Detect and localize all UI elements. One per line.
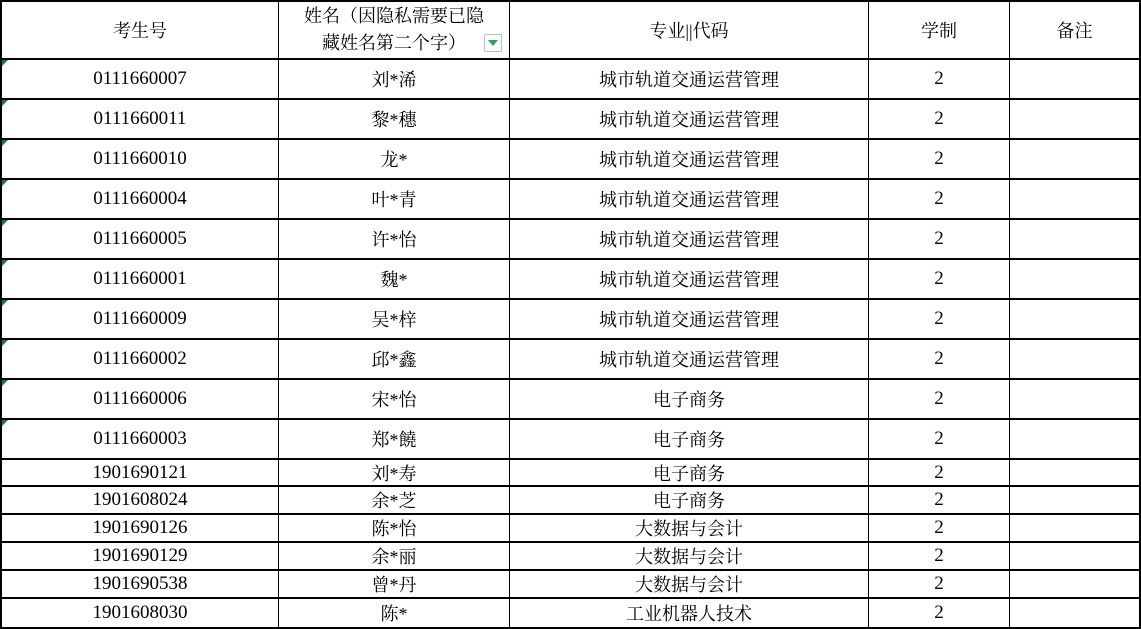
text-format-indicator-icon <box>2 140 8 146</box>
duration-value: 2 <box>934 517 944 539</box>
table-row: 0111660005 许*怡 城市轨道交通运营管理 2 <box>2 220 1139 260</box>
table-row: 1901690538 曾*丹 大数据与会计 2 <box>2 571 1139 599</box>
text-format-indicator-icon <box>2 340 8 346</box>
table-row: 0111660007 刘*浠 城市轨道交通运营管理 2 <box>2 60 1139 100</box>
cell-remark[interactable] <box>1010 543 1139 569</box>
cell-duration[interactable]: 2 <box>869 571 1010 597</box>
major-value: 城市轨道交通运营管理 <box>599 306 779 332</box>
name-value: 叶*青 <box>372 186 417 212</box>
candidate-id-value: 0111660011 <box>94 108 187 130</box>
header-label-duration: 学制 <box>921 17 957 43</box>
cell-major[interactable]: 电子商务 <box>510 460 869 485</box>
cell-name[interactable]: 黎*穗 <box>279 100 510 138</box>
cell-remark[interactable] <box>1010 180 1139 218</box>
major-value: 城市轨道交通运营管理 <box>599 66 779 92</box>
cell-candidate-id[interactable]: 1901608024 <box>2 487 279 513</box>
major-value: 城市轨道交通运营管理 <box>599 146 779 172</box>
cell-remark[interactable] <box>1010 380 1139 418</box>
name-value: 余*芝 <box>372 487 417 513</box>
header-label-remark: 备注 <box>1057 17 1093 43</box>
cell-name[interactable]: 叶*青 <box>279 180 510 218</box>
table-row: 0111660002 邱*鑫 城市轨道交通运营管理 2 <box>2 340 1139 380</box>
name-value: 刘*浠 <box>372 66 417 92</box>
candidate-id-value: 0111660002 <box>93 348 187 370</box>
cell-duration[interactable]: 2 <box>869 487 1010 513</box>
candidate-id-value: 0111660003 <box>93 428 187 450</box>
cell-candidate-id[interactable]: 0111660006 <box>2 380 279 418</box>
table-row: 0111660011 黎*穗 城市轨道交通运营管理 2 <box>2 100 1139 140</box>
cell-remark[interactable] <box>1010 300 1139 338</box>
cell-duration[interactable]: 2 <box>869 420 1010 458</box>
cell-remark[interactable] <box>1010 515 1139 541</box>
cell-name[interactable]: 刘*浠 <box>279 60 510 98</box>
cell-duration[interactable]: 2 <box>869 100 1010 138</box>
cell-name[interactable]: 陈*怡 <box>279 515 510 541</box>
major-value: 电子商务 <box>653 426 725 452</box>
cell-major[interactable]: 大数据与会计 <box>510 543 869 569</box>
filter-dropdown-button[interactable] <box>484 34 502 52</box>
table-row: 0111660004 叶*青 城市轨道交通运营管理 2 <box>2 180 1139 220</box>
candidate-id-value: 1901690126 <box>93 517 188 539</box>
major-value: 工业机器人技术 <box>626 600 752 626</box>
header-label-candidate-id: 考生号 <box>113 17 167 43</box>
cell-duration[interactable]: 2 <box>869 140 1010 178</box>
text-format-indicator-icon <box>2 60 8 66</box>
text-format-indicator-icon <box>2 260 8 266</box>
duration-value: 2 <box>934 602 944 624</box>
duration-value: 2 <box>934 573 944 595</box>
duration-value: 2 <box>934 388 944 410</box>
cell-major[interactable]: 城市轨道交通运营管理 <box>510 180 869 218</box>
cell-duration[interactable]: 2 <box>869 515 1010 541</box>
table-row: 1901690129 余*丽 大数据与会计 2 <box>2 543 1139 571</box>
table-row: 1901690126 陈*怡 大数据与会计 2 <box>2 515 1139 543</box>
duration-value: 2 <box>934 268 944 290</box>
candidate-id-value: 1901690538 <box>93 573 188 595</box>
candidate-id-value: 1901690121 <box>93 462 188 484</box>
cell-candidate-id[interactable]: 1901608030 <box>2 599 279 627</box>
table-row: 0111660010 龙* 城市轨道交通运营管理 2 <box>2 140 1139 180</box>
name-value: 宋*怡 <box>372 386 417 412</box>
cell-name[interactable]: 郑*饒 <box>279 420 510 458</box>
cell-duration[interactable]: 2 <box>869 380 1010 418</box>
header-cell-candidate-id[interactable]: 考生号 <box>2 2 279 58</box>
duration-value: 2 <box>934 308 944 330</box>
cell-duration[interactable]: 2 <box>869 599 1010 627</box>
major-value: 大数据与会计 <box>635 543 743 569</box>
duration-value: 2 <box>934 68 944 90</box>
cell-remark[interactable] <box>1010 60 1139 98</box>
cell-duration[interactable]: 2 <box>869 220 1010 258</box>
cell-candidate-id[interactable]: 0111660010 <box>2 140 279 178</box>
cell-major[interactable]: 电子商务 <box>510 487 869 513</box>
cell-duration[interactable]: 2 <box>869 543 1010 569</box>
text-format-indicator-icon <box>2 420 8 426</box>
cell-name[interactable]: 邱*鑫 <box>279 340 510 378</box>
name-value: 黎*穗 <box>372 106 417 132</box>
candidate-id-value: 0111660007 <box>93 68 187 90</box>
cell-name[interactable]: 曾*丹 <box>279 571 510 597</box>
table-row: 1901608024 余*芝 电子商务 2 <box>2 487 1139 515</box>
table-row: 0111660001 魏* 城市轨道交通运营管理 2 <box>2 260 1139 300</box>
candidate-id-value: 0111660006 <box>93 388 187 410</box>
cell-major[interactable]: 电子商务 <box>510 420 869 458</box>
table-header: 考生号 姓名（因隐私需要已隐藏姓名第二个字） 专业||代码 学制 备注 <box>2 2 1139 60</box>
major-value: 城市轨道交通运营管理 <box>599 266 779 292</box>
cell-name[interactable]: 吴*梓 <box>279 300 510 338</box>
name-value: 龙* <box>381 146 408 172</box>
cell-duration[interactable]: 2 <box>869 180 1010 218</box>
name-value: 陈*怡 <box>372 515 417 541</box>
header-cell-remark[interactable]: 备注 <box>1010 2 1139 58</box>
major-value: 电子商务 <box>653 386 725 412</box>
cell-major[interactable]: 城市轨道交通运营管理 <box>510 220 869 258</box>
cell-candidate-id[interactable]: 1901690129 <box>2 543 279 569</box>
header-row: 考生号 姓名（因隐私需要已隐藏姓名第二个字） 专业||代码 学制 备注 <box>2 2 1139 60</box>
chevron-down-icon <box>488 40 498 46</box>
name-value: 郑*饒 <box>372 426 417 452</box>
cell-candidate-id[interactable]: 0111660007 <box>2 60 279 98</box>
cell-duration[interactable]: 2 <box>869 300 1010 338</box>
major-value: 电子商务 <box>653 460 725 485</box>
candidate-id-value: 1901608030 <box>93 602 188 624</box>
spreadsheet-table: 考生号 姓名（因隐私需要已隐藏姓名第二个字） 专业||代码 学制 备注 0111… <box>0 0 1141 629</box>
text-format-indicator-icon <box>2 100 8 106</box>
cell-candidate-id[interactable]: 1901690121 <box>2 460 279 485</box>
cell-duration[interactable]: 2 <box>869 340 1010 378</box>
text-format-indicator-icon <box>2 180 8 186</box>
cell-remark[interactable] <box>1010 100 1139 138</box>
cell-candidate-id[interactable]: 1901690126 <box>2 515 279 541</box>
header-cell-name[interactable]: 姓名（因隐私需要已隐藏姓名第二个字） <box>279 2 510 58</box>
cell-candidate-id[interactable]: 0111660011 <box>2 100 279 138</box>
name-value: 吴*梓 <box>372 306 417 332</box>
cell-major[interactable]: 城市轨道交通运营管理 <box>510 140 869 178</box>
duration-value: 2 <box>934 148 944 170</box>
duration-value: 2 <box>934 489 944 511</box>
cell-remark[interactable] <box>1010 599 1139 627</box>
cell-major[interactable]: 城市轨道交通运营管理 <box>510 340 869 378</box>
name-value: 刘*寿 <box>372 460 417 485</box>
candidate-id-value: 0111660009 <box>93 308 187 330</box>
cell-remark[interactable] <box>1010 487 1139 513</box>
table-row: 0111660003 郑*饒 电子商务 2 <box>2 420 1139 460</box>
cell-duration[interactable]: 2 <box>869 60 1010 98</box>
text-format-indicator-icon <box>2 220 8 226</box>
cell-major[interactable]: 工业机器人技术 <box>510 599 869 627</box>
major-value: 城市轨道交通运营管理 <box>599 346 779 372</box>
candidate-id-value: 1901608024 <box>93 489 188 511</box>
cell-candidate-id[interactable]: 0111660001 <box>2 260 279 298</box>
cell-major[interactable]: 大数据与会计 <box>510 571 869 597</box>
header-label-major: 专业||代码 <box>649 17 728 43</box>
cell-remark[interactable] <box>1010 420 1139 458</box>
cell-name[interactable]: 许*怡 <box>279 220 510 258</box>
cell-duration[interactable]: 2 <box>869 460 1010 485</box>
text-format-indicator-icon <box>2 380 8 386</box>
table-row: 1901690121 刘*寿 电子商务 2 <box>2 460 1139 487</box>
cell-remark[interactable] <box>1010 460 1139 485</box>
cell-candidate-id[interactable]: 0111660009 <box>2 300 279 338</box>
cell-major[interactable]: 大数据与会计 <box>510 515 869 541</box>
table-row: 0111660006 宋*怡 电子商务 2 <box>2 380 1139 420</box>
candidate-id-value: 0111660010 <box>93 148 187 170</box>
major-value: 城市轨道交通运营管理 <box>599 106 779 132</box>
header-cell-duration[interactable]: 学制 <box>869 2 1010 58</box>
cell-candidate-id[interactable]: 0111660003 <box>2 420 279 458</box>
header-label-name: 姓名（因隐私需要已隐藏姓名第二个字） <box>298 3 490 57</box>
major-value: 城市轨道交通运营管理 <box>599 186 779 212</box>
duration-value: 2 <box>934 228 944 250</box>
cell-candidate-id[interactable]: 0111660002 <box>2 340 279 378</box>
cell-candidate-id[interactable]: 0111660005 <box>2 220 279 258</box>
duration-value: 2 <box>934 428 944 450</box>
cell-remark[interactable] <box>1010 571 1139 597</box>
major-value: 电子商务 <box>653 487 725 513</box>
cell-remark[interactable] <box>1010 260 1139 298</box>
duration-value: 2 <box>934 348 944 370</box>
table-body: 0111660007 刘*浠 城市轨道交通运营管理 2 0111660011 黎… <box>2 60 1139 627</box>
duration-value: 2 <box>934 108 944 130</box>
table-row: 1901608030 陈* 工业机器人技术 2 <box>2 599 1139 627</box>
name-value: 魏* <box>381 266 408 292</box>
candidate-id-value: 0111660005 <box>93 228 187 250</box>
cell-name[interactable]: 陈* <box>279 599 510 627</box>
text-format-indicator-icon <box>2 300 8 306</box>
cell-major[interactable]: 城市轨道交通运营管理 <box>510 260 869 298</box>
cell-major[interactable]: 城市轨道交通运营管理 <box>510 100 869 138</box>
cell-duration[interactable]: 2 <box>869 260 1010 298</box>
table-row: 0111660009 吴*梓 城市轨道交通运营管理 2 <box>2 300 1139 340</box>
duration-value: 2 <box>934 545 944 567</box>
duration-value: 2 <box>934 462 944 484</box>
cell-major[interactable]: 城市轨道交通运营管理 <box>510 60 869 98</box>
cell-name[interactable]: 余*芝 <box>279 487 510 513</box>
major-value: 城市轨道交通运营管理 <box>599 226 779 252</box>
header-cell-major[interactable]: 专业||代码 <box>510 2 869 58</box>
cell-candidate-id[interactable]: 1901690538 <box>2 571 279 597</box>
candidate-id-value: 0111660001 <box>93 268 187 290</box>
cell-name[interactable]: 魏* <box>279 260 510 298</box>
major-value: 大数据与会计 <box>635 571 743 597</box>
name-value: 邱*鑫 <box>372 346 417 372</box>
major-value: 大数据与会计 <box>635 515 743 541</box>
candidate-id-value: 1901690129 <box>93 545 188 567</box>
cell-remark[interactable] <box>1010 140 1139 178</box>
cell-major[interactable]: 城市轨道交通运营管理 <box>510 300 869 338</box>
cell-remark[interactable] <box>1010 340 1139 378</box>
cell-remark[interactable] <box>1010 220 1139 258</box>
cell-name[interactable]: 刘*寿 <box>279 460 510 485</box>
duration-value: 2 <box>934 188 944 210</box>
name-value: 余*丽 <box>372 543 417 569</box>
candidate-id-value: 0111660004 <box>93 188 187 210</box>
cell-name[interactable]: 宋*怡 <box>279 380 510 418</box>
name-value: 陈* <box>381 600 408 626</box>
name-value: 许*怡 <box>372 226 417 252</box>
cell-major[interactable]: 电子商务 <box>510 380 869 418</box>
name-value: 曾*丹 <box>372 571 417 597</box>
cell-candidate-id[interactable]: 0111660004 <box>2 180 279 218</box>
cell-name[interactable]: 余*丽 <box>279 543 510 569</box>
cell-name[interactable]: 龙* <box>279 140 510 178</box>
